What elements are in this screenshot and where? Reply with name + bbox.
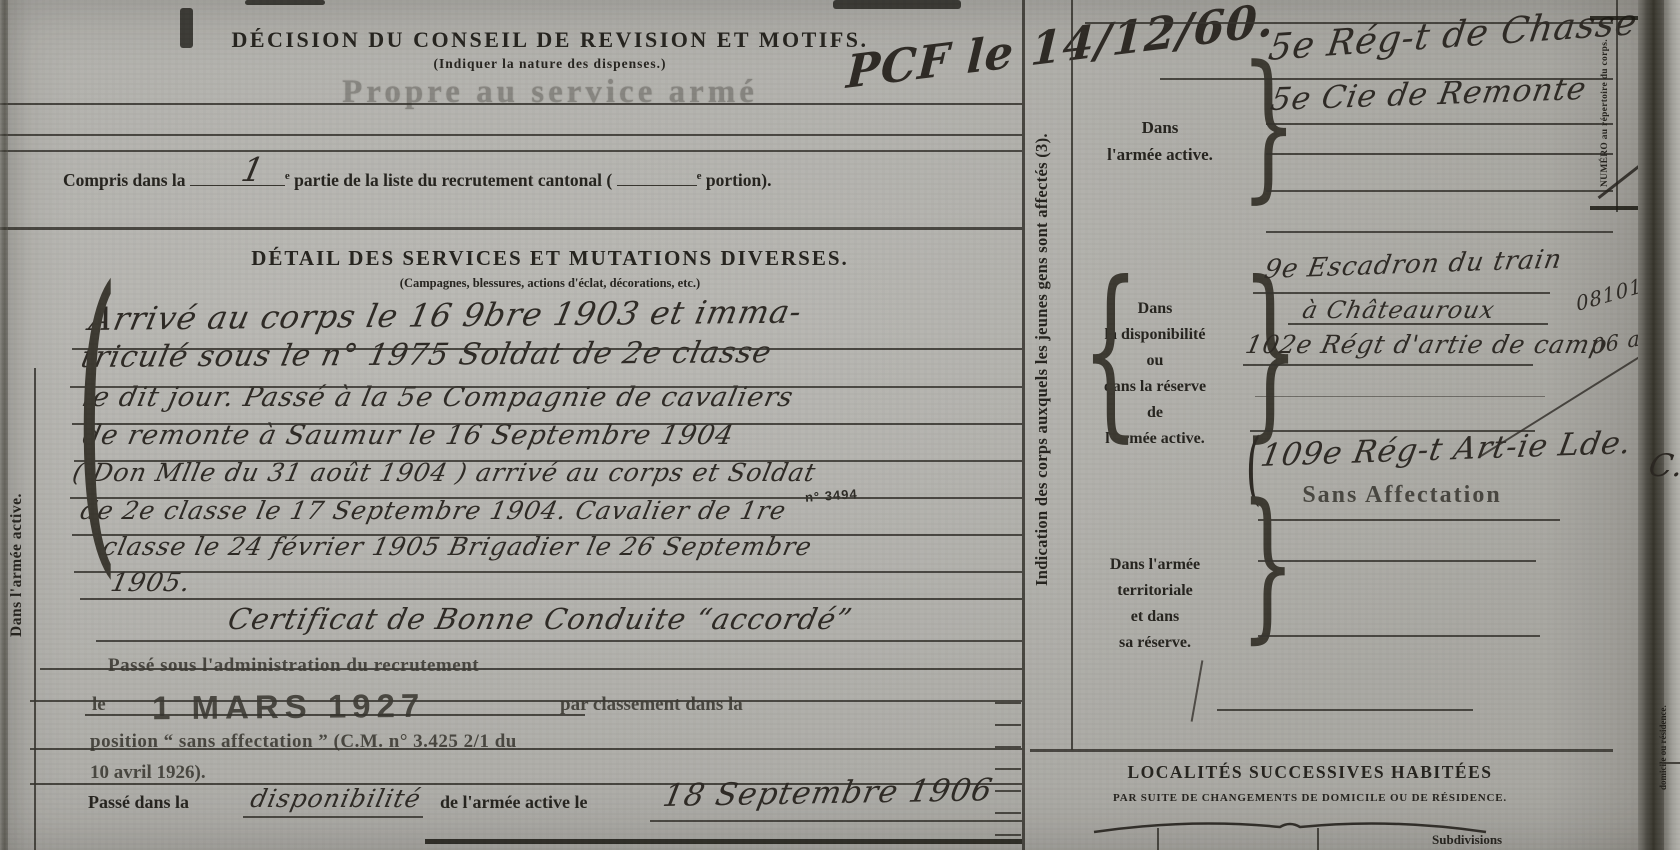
service-line: de 2e classe le 17 Septembre 1904. Caval…: [78, 496, 789, 525]
section-divider: [1022, 0, 1025, 850]
rule: [1258, 635, 1540, 637]
rule: [30, 748, 1022, 750]
rule: [1253, 292, 1550, 294]
disponibilite-date: 18 Septembre 1906: [660, 772, 996, 814]
compris-sup2: e: [697, 170, 702, 182]
rule: [1266, 190, 1613, 192]
disponibilite-before: Passé dans la: [88, 792, 189, 813]
rule: [243, 816, 423, 818]
disponibilite-hw: disponibilité: [248, 784, 424, 813]
aptitude-stamp: Propre au service armé: [230, 74, 870, 111]
numero-box-bar: [1590, 16, 1638, 20]
ink-mark: [833, 0, 961, 9]
terr-brace: }: [1240, 483, 1296, 646]
dispo-entry-1: 9e Escadron du train: [1262, 244, 1565, 285]
terr-label-4: sa réserve.: [1090, 634, 1220, 652]
pcf-annotation: PCF le 14/12/60.: [845, 0, 1276, 99]
disponibilite-middle: de l'armée active le: [440, 792, 587, 813]
rule: [1258, 519, 1560, 521]
active-label-1: Dans: [1085, 118, 1235, 138]
mini-rule: [995, 724, 1021, 726]
terr-label-3: et dans: [1090, 608, 1220, 626]
corps-column-label: Indication des corps auxquels les jeunes…: [1032, 25, 1052, 695]
table-tick: [1317, 828, 1319, 850]
domicile-margin-label: domicile ou résidence.: [1658, 688, 1668, 808]
compris-line: Compris dans la e partie de la liste du …: [63, 170, 771, 191]
compris-middle: partie de la liste du recrutement canton…: [294, 170, 612, 190]
decision-title: DÉCISION DU CONSEIL DE REVISION ET MOTIF…: [170, 27, 930, 53]
rule: [1266, 231, 1613, 233]
page-left-edge: [0, 0, 8, 850]
mini-rule: [995, 702, 1021, 704]
mini-rule: [1662, 762, 1680, 764]
dispo-entry-2: à Châteauroux: [1300, 296, 1498, 324]
territoriale-entry: 109e Rég-t Art-ie Lde.: [1258, 425, 1635, 474]
rule: [1288, 323, 1548, 325]
service-line: classe le 24 février 1905 Brigadier le 2…: [100, 532, 815, 561]
service-underline: [72, 348, 1022, 350]
active-label-2: l'armée active.: [1085, 145, 1235, 165]
service-line: Arrivé au corps le 16 9bre 1903 et imma-: [86, 293, 806, 338]
service-line: Certificat de Bonne Conduite “accordé”: [225, 602, 856, 636]
service-underline: [74, 571, 1022, 573]
rule: [85, 714, 585, 716]
rule-thick: [1030, 749, 1613, 752]
services-brace: (: [75, 250, 119, 580]
service-underline: [74, 460, 1022, 462]
service-underline: [70, 386, 1022, 388]
rule: [1266, 153, 1613, 155]
admin-stamp-line2: par classement dans la: [560, 694, 743, 716]
numero-margin-label: NUMÉRO au répertoire du corps.: [1600, 22, 1610, 204]
corps-column-line: [1071, 0, 1073, 750]
service-line: triculé sous le n° 1975 Soldat de 2e cla…: [78, 335, 775, 375]
services-subtitle: (Campagnes, blessures, actions d'éclat, …: [170, 276, 930, 291]
mini-rule: [995, 746, 1021, 748]
service-underline: [72, 534, 1022, 536]
localites-column-header: Subdivisions: [1432, 832, 1502, 848]
sans-affectation-stamp: Sans Affectation: [1262, 482, 1542, 509]
scanned-document-page: DÉCISION DU CONSEIL DE REVISION ET MOTIF…: [0, 0, 1680, 850]
left-margin-label: Dans l'armée active.: [8, 430, 26, 700]
numero-box-bar: [1590, 206, 1638, 210]
compris-after: portion).: [706, 170, 772, 190]
mini-rule: [995, 834, 1021, 836]
localites-flourish: [1090, 816, 1490, 836]
service-underline: [72, 423, 1022, 425]
mini-rule: [995, 790, 1021, 792]
mini-rule: [995, 768, 1021, 770]
portion-blank: [617, 185, 697, 186]
admin-stamp-line1: Passé sous l'administration du recruteme…: [108, 655, 479, 677]
compris-blank: [190, 185, 285, 186]
admin-stamp-line4: 10 avril 1926).: [90, 762, 206, 784]
rule: [1243, 364, 1533, 366]
admin-stamp-le: le: [92, 694, 106, 716]
vertical-rule: [34, 368, 36, 850]
margin-number-1: 08101: [1575, 273, 1644, 316]
ink-mark: [180, 8, 193, 48]
rule: [1160, 78, 1613, 80]
service-underline: [80, 598, 1022, 600]
compris-before: Compris dans la: [63, 170, 186, 190]
matricule-stamp: n° 3494: [805, 486, 859, 505]
rule: [1217, 709, 1473, 711]
localites-title: LOCALITÉS SUCCESSIVES HABITÉES: [1080, 762, 1540, 783]
rule: [1255, 396, 1545, 397]
rule: [650, 820, 1022, 822]
horizontal-rule: [0, 134, 1022, 136]
service-underline: [96, 640, 1022, 642]
pen-stroke: [1191, 660, 1204, 721]
admin-stamp-date: 1 MARS 1927: [152, 687, 426, 727]
dispo-brace-left: {: [1082, 259, 1140, 445]
service-underline: [70, 497, 1022, 499]
rule-thick-bottom: [425, 839, 1022, 844]
horizontal-rule-thick: [0, 227, 1022, 230]
terr-label-2: territoriale: [1090, 582, 1220, 600]
compris-sup1: e: [285, 170, 290, 182]
services-title: DÉTAIL DES SERVICES ET MUTATIONS DIVERSE…: [170, 246, 930, 271]
decision-subtitle: (Indiquer la nature des dispenses.): [170, 56, 930, 72]
ink-mark: [245, 0, 325, 5]
rule: [1258, 560, 1536, 562]
terr-label-1: Dans l'armée: [1090, 556, 1220, 574]
service-line: ( Don Mlle du 31 août 1904 ) arrivé au c…: [70, 458, 819, 487]
dispo-entry-3: 102e Régt d'artie de camp: [1243, 330, 1610, 359]
mini-rule: [995, 812, 1021, 814]
rule: [1266, 123, 1613, 125]
active-brace: }: [1240, 46, 1297, 206]
localites-subtitle: PAR SUITE DE CHANGEMENTS DE DOMICILE OU …: [1060, 792, 1560, 804]
table-tick: [1157, 828, 1159, 850]
horizontal-rule: [0, 150, 1022, 152]
horizontal-rule: [0, 103, 1022, 105]
annotation-c: C.: [1646, 448, 1680, 484]
